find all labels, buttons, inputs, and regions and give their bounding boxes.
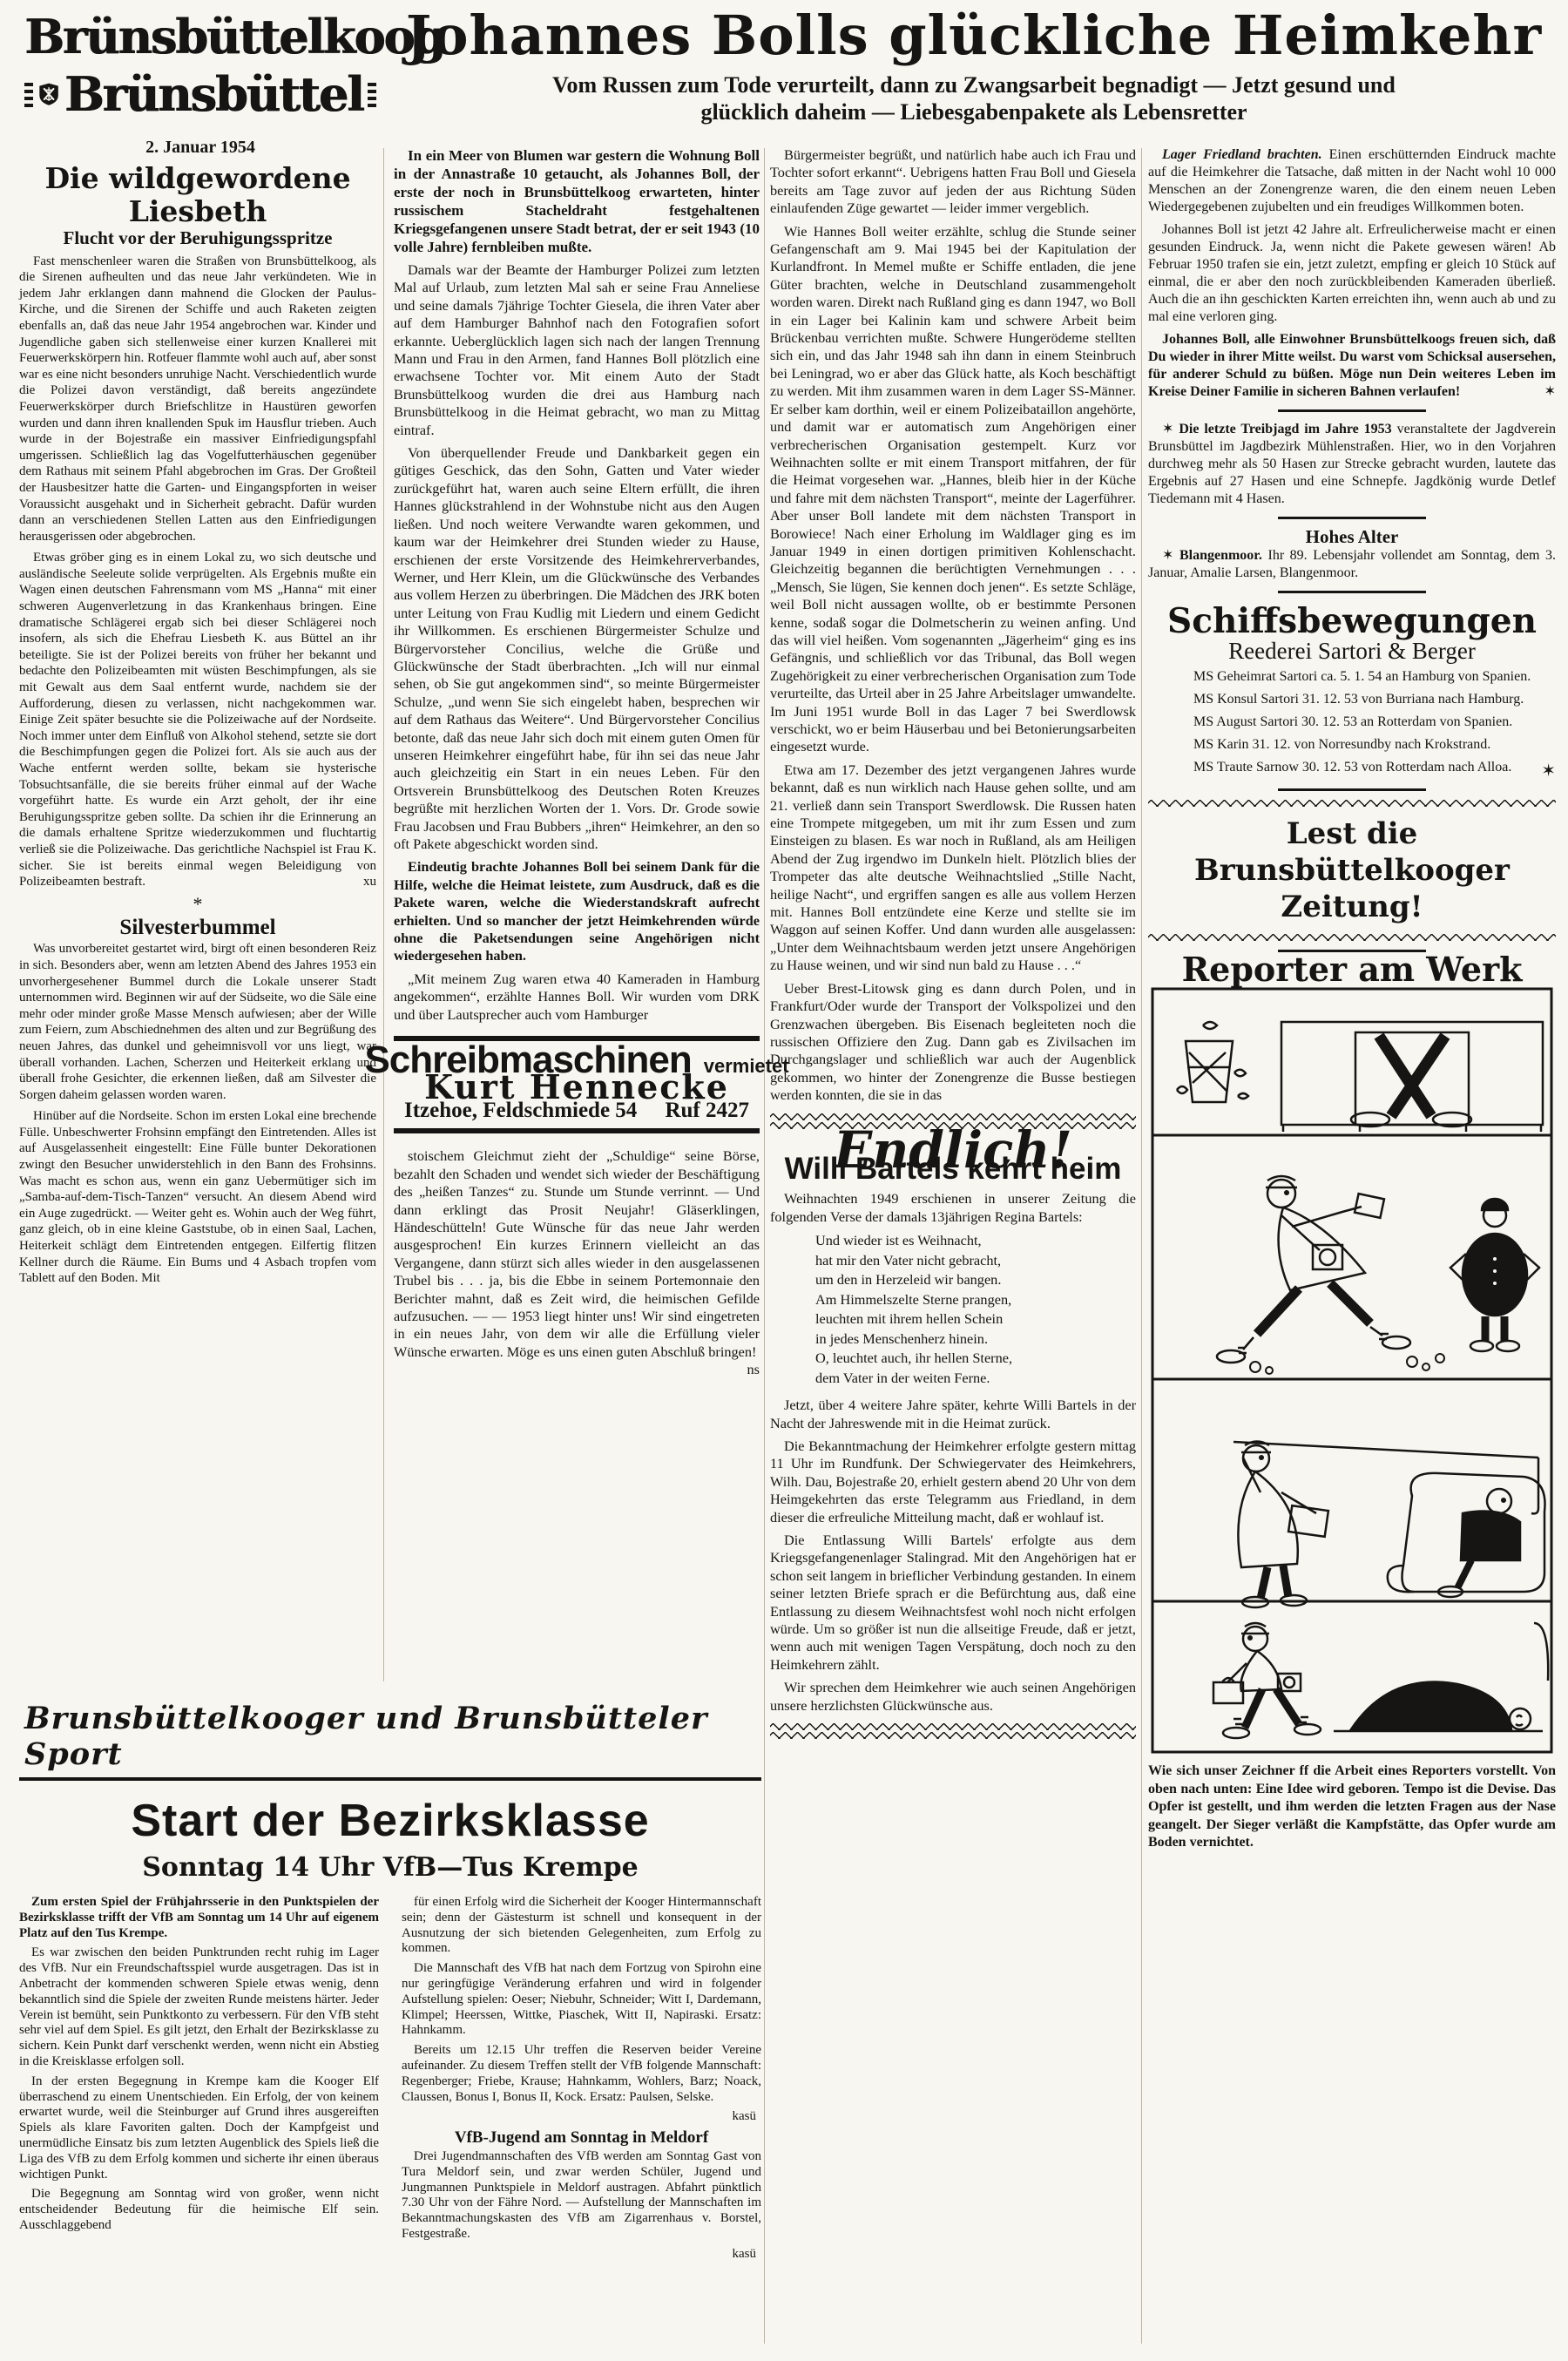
poem-line: hat mir den Vater nicht gebracht, (815, 1251, 1136, 1271)
paragraph: „Mit meinem Zug waren etwa 40 Kameraden … (394, 971, 760, 1024)
bold-paragraph: Johannes Boll, alle Einwohner Brunsbütte… (1148, 331, 1556, 401)
poem-line: dem Vater in der weiten Ferne. (815, 1369, 1136, 1389)
asterisk-divider: * (19, 896, 376, 913)
zigzag-divider (1148, 800, 1556, 807)
column-4: Lager Friedland brachten. Einen erschütt… (1148, 146, 1556, 1852)
paragraph: Damals war der Beamte der Hamburger Poli… (394, 261, 760, 439)
paragraph: Die Mannschaft des VfB hat nach dem Fort… (402, 1961, 761, 2039)
bold-paragraph: Eindeutig brachte Johannes Boll bei sein… (394, 858, 760, 964)
byline: kasü (402, 2247, 756, 2263)
column-1: Die wildgewordene Liesbeth Flucht vor de… (19, 162, 376, 1292)
paragraph: Was unvorbereitet gestartet wird, birgt … (19, 941, 376, 1103)
cartoon-panel-tempo (1217, 1176, 1539, 1374)
byline: kasü (402, 2109, 756, 2125)
sport-section-title: Brunsbüttelkooger und Brunsbütteler Spor… (19, 1701, 761, 1781)
lead-paragraph: In ein Meer von Blumen war gestern die W… (394, 146, 760, 256)
sport-headline: Start der Bezirksklasse (19, 1795, 761, 1847)
paragraph: Etwas gröber ging es in einem Lokal zu, … (19, 550, 376, 890)
paragraph: ✶ Blangenmoor. Ihr 89. Lebensjahr vollen… (1148, 547, 1556, 582)
section-rule (1278, 591, 1426, 593)
cartoon-panel-interview (1233, 1442, 1545, 1608)
poem-line: Am Himmelszelte Sterne prangen, (815, 1290, 1136, 1310)
sport-column-a: Zum ersten Spiel der Frühjahrsserie in d… (19, 1895, 379, 2266)
ship-movement: MS August Sartori 30. 12. 53 an Rotterda… (1148, 714, 1556, 731)
star-icon: ✶ (1162, 548, 1173, 563)
main-subhead: Vom Russen zum Tode verurteilt, dann zu … (387, 71, 1561, 125)
paragraph: Fast menschenleer waren die Straßen von … (19, 254, 376, 545)
bold-paragraph: Zum ersten Spiel der Frühjahrsserie in d… (19, 1895, 379, 1941)
main-headline-block: Johannes Bolls glückliche Heimkehr Vom R… (387, 7, 1561, 125)
masthead-line2: Brünsbüttel (64, 68, 363, 120)
section-rule (1278, 788, 1426, 791)
sport-subhead: Sonntag 14 Uhr VfB—Tus Krempe (19, 1852, 761, 1883)
paragraph: Drei Jugendmannschaften des VfB werden a… (402, 2149, 761, 2243)
poem-line: Und wieder ist es Weihnacht, (815, 1231, 1136, 1251)
shipping-company: Reederei Sartori & Berger (1148, 642, 1556, 660)
paragraph: Wir sprechen dem Heimkehrer wie auch sei… (770, 1679, 1136, 1715)
paragraph: ✶ Die letzte Treibjagd im Jahre 1953 ver… (1148, 421, 1556, 508)
section-rule (1278, 409, 1426, 412)
poem-line: leuchten mit ihrem hellen Schein (815, 1309, 1136, 1329)
zigzag-divider (770, 1723, 1136, 1739)
masthead-line1: Brünsbüttelkoog (24, 10, 376, 63)
city-crest-icon (38, 63, 59, 125)
self-promo: Lest die Brunsbüttelkooger Zeitung! (1148, 815, 1556, 925)
cartoon-panel-idea (1177, 1022, 1543, 1132)
star-icon: ✶ (1531, 383, 1556, 401)
section-title-schiffsbewegungen: Schiffsbewegungen (1148, 602, 1556, 640)
section-rule (1278, 517, 1426, 519)
masthead: Brünsbüttelkoog Brünsbüttel (24, 10, 376, 125)
ad-address: Itzehoe, Feldschmiede 54 (404, 1102, 637, 1120)
paragraph: Etwa am 17. Dezember des jetzt vergangen… (770, 761, 1136, 975)
subhead-line1: Vom Russen zum Tode verurteilt, dann zu … (387, 71, 1561, 98)
paragraph: Johannes Boll ist jetzt 42 Jahre alt. Er… (1148, 221, 1556, 326)
ship-movement: MS Konsul Sartori 31. 12. 53 von Burrian… (1148, 691, 1556, 708)
cartoon-panel-victory (1213, 1623, 1548, 1738)
paragraph: In der ersten Begegnung in Krempe kam di… (19, 2074, 379, 2183)
sport-column-b: für einen Erfolg wird die Sicherheit der… (402, 1895, 761, 2266)
paragraph: Bürgermeister begrüßt, und natürlich hab… (770, 146, 1136, 218)
subhead-line2: glücklich daheim — Liebesgabenpakete als… (387, 98, 1561, 125)
column-rule (1141, 148, 1142, 2344)
article-title-silvester: Silvesterbummel (19, 920, 376, 937)
poem-line: in jedes Menschenherz hinein. (815, 1329, 1136, 1350)
paragraph: Die Bekanntmachung der Heimkehrer erfolg… (770, 1438, 1136, 1526)
article-subtitle-liesbeth: Flucht vor der Beruhigungsspritze (19, 230, 376, 247)
paragraph: stoischem Gleichmut zieht der „Schuldige… (394, 1147, 760, 1361)
typewriter-ad: Schreibmaschinen vermietet Kurt Hennecke… (394, 1036, 760, 1133)
column-rule (764, 148, 765, 2344)
main-headline: Johannes Bolls glückliche Heimkehr (387, 7, 1561, 64)
paragraph: Weihnachten 1949 erschienen in unserer Z… (770, 1190, 1136, 1226)
sport-section: Brunsbüttelkooger und Brunsbütteler Spor… (19, 1701, 761, 2266)
ad-vendor: Kurt Hennecke (397, 1079, 756, 1096)
sport-subarticle-title: VfB-Jugend am Sonntag in Meldorf (402, 2130, 761, 2146)
section-title-reporter: Reporter am Werk (1148, 961, 1556, 978)
paragraph: Die Begegnung am Sonntag wird von großer… (19, 2187, 379, 2233)
article-subtitle-endlich: Willi Bartels kehrt heim (770, 1160, 1136, 1178)
reporter-cartoon (1151, 987, 1553, 1754)
paragraph: Bereits um 12.15 Uhr treffen die Reserve… (402, 2043, 761, 2105)
article-title-liesbeth: Die wildgewordene Liesbeth (19, 162, 376, 228)
column-3: Bürgermeister begrüßt, und natürlich hab… (770, 146, 1136, 1748)
newspaper-page: Brünsbüttelkoog Brünsbüttel 2. Januar 19… (0, 0, 1568, 2361)
cartoon-caption: Wie sich unser Zeichner ff die Arbeit ei… (1148, 1762, 1556, 1852)
column-rule (383, 148, 384, 1681)
paragraph: für einen Erfolg wird die Sicherheit der… (402, 1895, 761, 1957)
masthead-fringe-right (368, 81, 376, 107)
paragraph: Es war zwischen den beiden Punktrunden r… (19, 1945, 379, 2069)
ship-movement: MS Traute Sarnow 30. 12. 53 von Rotterda… (1148, 759, 1556, 776)
star-icon: ✶ (1162, 422, 1173, 436)
section-title-hohes-alter: Hohes Alter (1148, 528, 1556, 545)
ship-movement: MS Geheimrat Sartori ca. 5. 1. 54 an Ham… (1148, 668, 1556, 686)
masthead-fringe-left (24, 81, 33, 107)
issue-date: 2. Januar 1954 (24, 138, 376, 158)
paragraph: Ueber Brest-Litowsk ging es dann durch P… (770, 980, 1136, 1105)
ad-phone: Ruf 2427 (665, 1102, 749, 1120)
ship-movement: MS Karin 31. 12. von Norresundby nach Kr… (1148, 736, 1556, 754)
poem-line: um den in Herzeleid wir bangen. (815, 1270, 1136, 1290)
paragraph: Jetzt, über 4 weitere Jahre später, kehr… (770, 1397, 1136, 1432)
poem-line: O, leuchtet auch, ihr hellen Sterne, (815, 1349, 1136, 1369)
paragraph: Hinüber auf die Nordseite. Schon im erst… (19, 1108, 376, 1287)
poem: Und wieder ist es Weihnacht, hat mir den… (815, 1231, 1136, 1388)
byline: ns (733, 1361, 760, 1378)
paragraph: Die Entlassung Willi Bartels' erfolgte a… (770, 1532, 1136, 1674)
paragraph: Von überquellender Freude und Dankbarkei… (394, 444, 760, 853)
column-2: In ein Meer von Blumen war gestern die W… (394, 146, 760, 1379)
zigzag-divider (1148, 934, 1556, 941)
paragraph: Wie Hannes Boll weiter erzählte, schlug … (770, 223, 1136, 756)
byline: xu (349, 874, 376, 890)
paragraph: Lager Friedland brachten. Einen erschütt… (1148, 146, 1556, 216)
ad-product: Schreibmaschinen (364, 1052, 691, 1069)
